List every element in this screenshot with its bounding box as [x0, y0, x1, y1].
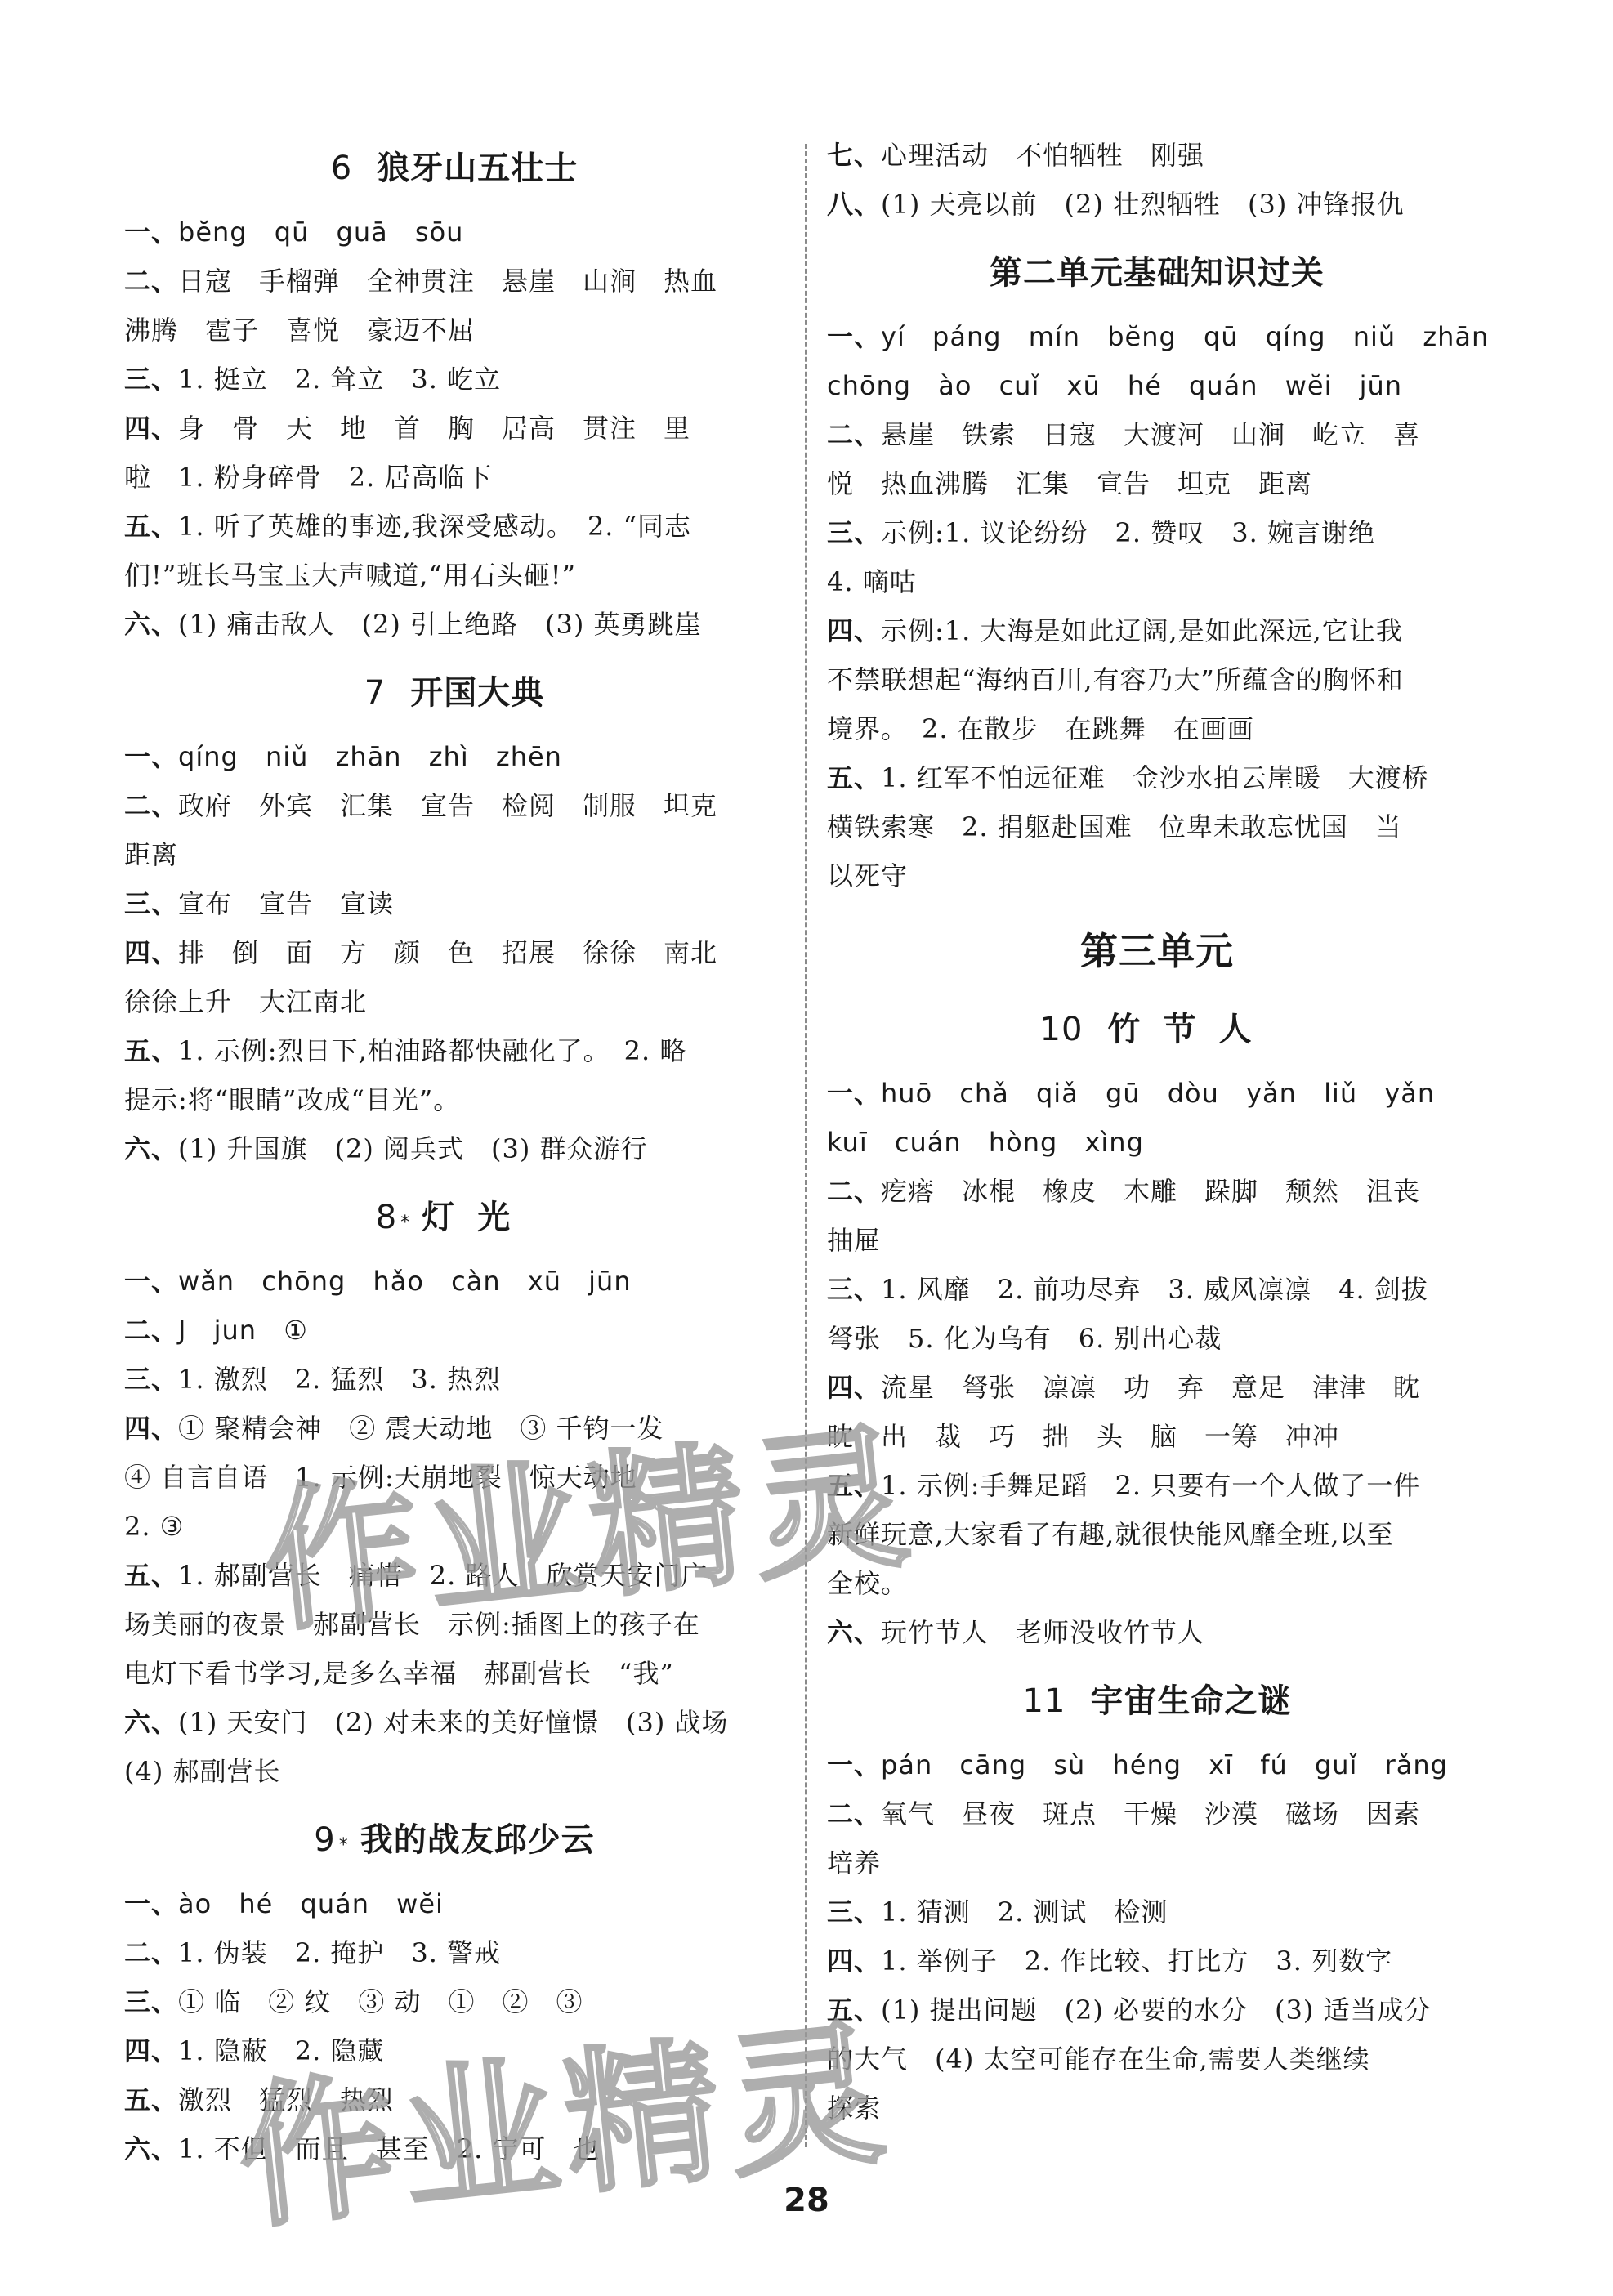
question-number: 二、: [124, 266, 178, 297]
question-number: 二、: [124, 1315, 178, 1346]
answer-lines: 一、ào hé quán wĕi二、1. 伪装 2. 掩护 3. 警戒三、① 临…: [124, 1879, 784, 2173]
answer-line: 培养: [827, 1838, 1487, 1887]
question-number: 六、: [124, 1133, 178, 1164]
answer-text: 徐徐上升 大江南北: [124, 986, 367, 1017]
answer-text: 的大气 (4) 太空可能存在生命,需要人类继续: [827, 2044, 1370, 2075]
question-number: 五、: [827, 1470, 881, 1501]
answer-line: 的大气 (4) 太空可能存在生命,需要人类继续: [827, 2035, 1487, 2084]
answer-line: 五、1. 听了英雄的事迹,我深受感动。 2. “同志: [124, 502, 784, 551]
answer-text: 培养: [827, 1847, 881, 1878]
answer-text: 境界。 2. 在散步 在跳舞 在画画: [827, 713, 1254, 744]
answer-line: 七、心理活动 不怕牺牲 刚强: [827, 131, 1487, 180]
answer-line: 四、流星 弩张 凛凛 功 弃 意足 津津 眈: [827, 1363, 1487, 1412]
answer-line: 三、示例:1. 议论纷纷 2. 赞叹 3. 婉言谢绝: [827, 508, 1487, 557]
answer-line: 啦 1. 粉身碎骨 2. 居高临下: [124, 453, 784, 502]
answer-text: 沸腾 雹子 喜悦 豪迈不屈: [124, 315, 475, 346]
answer-line: 三、1. 激烈 2. 猛烈 3. 热烈: [124, 1355, 784, 1404]
answer-line: 六、(1) 痛击敌人 (2) 引上绝路 (3) 英勇跳崖: [124, 600, 784, 649]
answer-line: 电灯下看书学习,是多么幸福 郝副营长 “我”: [124, 1649, 784, 1698]
column-divider: [805, 144, 807, 2147]
answer-line: 境界。 2. 在散步 在跳舞 在画画: [827, 704, 1487, 753]
question-number: 一、: [827, 1749, 881, 1780]
answer-line: 一、yí páng mín bĕng qū qíng niǔ zhān: [827, 312, 1487, 361]
question-number: 五、: [124, 2084, 178, 2115]
lesson-10-section: 10竹节人 一、huō chǎ qiǎ gū dòu yǎn liǔ yǎnku…: [827, 1000, 1487, 1657]
page-number: 28: [0, 2182, 1613, 2219]
answer-line: 横铁索寒 2. 捐躯赴国难 位卑未敢忘忧国 当: [827, 802, 1487, 851]
answer-line: 三、1. 风靡 2. 前功尽弃 3. 威风凛凛 4. 剑拔: [827, 1265, 1487, 1314]
question-number: 八、: [827, 189, 881, 220]
lesson-7-section: 7开国大典 一、qíng niǔ zhān zhì zhēn二、政府 外宾 汇集…: [124, 663, 784, 1173]
answer-line: 一、huō chǎ qiǎ gū dòu yǎn liǔ yǎn: [827, 1069, 1487, 1118]
answer-text: 1. 举例子 2. 作比较、打比方 3. 列数字: [881, 1945, 1392, 1977]
answer-line: 沸腾 雹子 喜悦 豪迈不屈: [124, 306, 784, 355]
answer-text: pán cāng sù héng xī fú guǐ rǎng: [881, 1749, 1448, 1780]
lesson-number: 6: [331, 150, 352, 187]
question-number: 二、: [124, 790, 178, 821]
answer-line: 们!”班长马宝玉大声喊道,“用石头砸!”: [124, 551, 784, 600]
question-number: 一、: [827, 1078, 881, 1109]
answer-lines: 一、yí páng mín bĕng qū qíng niǔ zhānchōng…: [827, 312, 1487, 900]
answer-text: 身 骨 天 地 首 胸 居高 贯注 里: [178, 413, 690, 444]
question-number: 二、: [827, 419, 881, 450]
answer-line: 二、悬崖 铁索 日寇 大渡河 山涧 屹立 喜: [827, 410, 1487, 459]
answer-text: ào hé quán wĕi: [178, 1888, 444, 1919]
answer-lines: 一、wǎn chōng hǎo càn xū jūn二、J jun ①三、1. …: [124, 1257, 784, 1796]
answer-line: 全校。: [827, 1559, 1487, 1608]
answer-line: 一、pán cāng sù héng xī fú guǐ rǎng: [827, 1740, 1487, 1789]
optional-lesson-star: *: [400, 1194, 410, 1253]
answer-line: 二、疙瘩 冰棍 橡皮 木雕 跺脚 颓然 沮丧: [827, 1167, 1487, 1216]
answer-line: 4. 嘀咕: [827, 557, 1487, 606]
answer-text: 激烈 猛烈 热烈: [178, 2084, 394, 2115]
answer-text: 啦 1. 粉身碎骨 2. 居高临下: [124, 462, 492, 493]
unit-heading: 第三单元: [827, 912, 1487, 990]
question-number: 三、: [124, 364, 178, 395]
answer-text: 场美丽的夜景 郝副营长 示例:插图上的孩子在: [124, 1609, 700, 1640]
answer-text: 1. 示例:手舞足蹈 2. 只要有一个人做了一件: [881, 1470, 1420, 1501]
question-number: 四、: [827, 1945, 881, 1977]
answer-text: 1. 伪装 2. 掩护 3. 警戒: [178, 1937, 501, 1968]
answer-line: 距离: [124, 830, 784, 879]
question-number: 五、: [124, 511, 178, 542]
lesson-8-section: 8*灯光 一、wǎn chōng hǎo càn xū jūn二、J jun ①…: [124, 1188, 784, 1796]
question-number: 三、: [827, 517, 881, 548]
answer-text: 弩张 5. 化为乌有 6. 别出心裁: [827, 1323, 1222, 1354]
question-number: 七、: [827, 140, 881, 171]
question-number: 六、: [124, 609, 178, 640]
answer-line: (4) 郝副营长: [124, 1747, 784, 1796]
answer-text: 1. 红军不怕远征难 金沙水拍云崖暖 大渡桥: [881, 762, 1429, 793]
answer-line: 二、氧气 昼夜 斑点 干燥 沙漠 磁场 因素: [827, 1789, 1487, 1838]
lesson-title: 11宇宙生命之谜: [827, 1672, 1487, 1731]
answer-line: 四、身 骨 天 地 首 胸 居高 贯注 里: [124, 404, 784, 453]
answer-line: 不禁联想起“海纳百川,有容乃大”所蕴含的胸怀和: [827, 655, 1487, 704]
answer-text: 1. 激烈 2. 猛烈 3. 热烈: [178, 1364, 501, 1395]
answer-line: 五、1. 郝副营长 痛惜 2. 路人 欣赏天安门广: [124, 1551, 784, 1600]
answer-text: 4. 嘀咕: [827, 566, 917, 597]
answer-text: (1) 升国旗 (2) 阅兵式 (3) 群众游行: [178, 1133, 648, 1164]
answer-text: (1) 提出问题 (2) 必要的水分 (3) 适当成分: [881, 1994, 1432, 2026]
answer-text: 眈 出 裁 巧 拙 头 脑 一筹 冲冲: [827, 1421, 1339, 1452]
answer-text: (1) 痛击敌人 (2) 引上绝路 (3) 英勇跳崖: [178, 609, 702, 640]
lesson-title: 10竹节人: [827, 1000, 1487, 1059]
answer-key-page: 6狼牙山五壮士 一、bĕng qū guā sōu二、日寇 手榴弹 全神贯注 悬…: [0, 0, 1613, 2296]
question-number: 三、: [124, 888, 178, 919]
answer-line: ④ 自言自语 1. 示例:天崩地裂 惊天动地: [124, 1453, 784, 1502]
section-title: 第二单元基础知识过关: [827, 243, 1487, 302]
answer-text: 疙瘩 冰棍 橡皮 木雕 跺脚 颓然 沮丧: [881, 1176, 1420, 1207]
answer-text: J jun ①: [178, 1315, 308, 1346]
lesson-9-continued: 七、心理活动 不怕牺牲 刚强八、(1) 天亮以前 (2) 壮烈牺牲 (3) 冲锋…: [827, 131, 1487, 229]
answer-lines: 一、bĕng qū guā sōu二、日寇 手榴弹 全神贯注 悬崖 山涧 热血沸…: [124, 208, 784, 649]
answer-line: 六、玩竹节人 老师没收竹节人: [827, 1608, 1487, 1657]
answer-text: 新鲜玩意,大家看了有趣,就很快能风靡全班,以至: [827, 1519, 1394, 1550]
answer-line: 二、J jun ①: [124, 1306, 784, 1355]
question-number: 三、: [124, 1364, 178, 1395]
answer-line: 四、示例:1. 大海是如此辽阔,是如此深远,它让我: [827, 606, 1487, 655]
answer-line: 五、(1) 提出问题 (2) 必要的水分 (3) 适当成分: [827, 1986, 1487, 2035]
answer-line: 四、排 倒 面 方 颜 色 招展 徐徐 南北: [124, 928, 784, 977]
answer-line: 弩张 5. 化为乌有 6. 别出心裁: [827, 1314, 1487, 1363]
answer-text: chōng ào cuǐ xū hé quán wĕi jūn: [827, 370, 1402, 401]
question-number: 六、: [124, 1707, 178, 1738]
question-number: 三、: [124, 1986, 178, 2017]
question-number: 三、: [827, 1896, 881, 1927]
question-number: 一、: [124, 217, 178, 248]
question-number: 四、: [124, 2035, 178, 2066]
lesson-number: 7: [364, 674, 386, 712]
answer-text: 们!”班长马宝玉大声喊道,“用石头砸!”: [124, 560, 576, 591]
answer-text: (1) 天亮以前 (2) 壮烈牺牲 (3) 冲锋报仇: [881, 189, 1405, 220]
answer-line: 二、日寇 手榴弹 全神贯注 悬崖 山涧 热血: [124, 257, 784, 306]
answer-text: 示例:1. 大海是如此辽阔,是如此深远,它让我: [881, 615, 1403, 646]
lesson-9-section: 9*我的战友邱少云 一、ào hé quán wĕi二、1. 伪装 2. 掩护 …: [124, 1811, 784, 2173]
answer-text: 心理活动 不怕牺牲 刚强: [881, 140, 1204, 171]
question-number: 四、: [124, 937, 178, 968]
answer-text: wǎn chōng hǎo càn xū jūn: [178, 1266, 632, 1297]
answer-text: huō chǎ qiǎ gū dòu yǎn liǔ yǎn: [881, 1078, 1435, 1109]
answer-line: 三、1. 挺立 2. 耸立 3. 屹立: [124, 355, 784, 404]
answer-text: 1. 隐蔽 2. 隐藏: [178, 2035, 384, 2066]
answer-text: 氧气 昼夜 斑点 干燥 沙漠 磁场 因素: [881, 1798, 1420, 1829]
answer-text: (4) 郝副营长: [124, 1756, 281, 1787]
answer-line: 一、ào hé quán wĕi: [124, 1879, 784, 1928]
answer-line: 五、1. 示例:烈日下,柏油路都快融化了。 2. 略: [124, 1026, 784, 1075]
answer-text: 电灯下看书学习,是多么幸福 郝副营长 “我”: [124, 1658, 674, 1689]
question-number: 四、: [827, 1372, 881, 1403]
question-number: 五、: [124, 1035, 178, 1066]
answer-line: 眈 出 裁 巧 拙 头 脑 一筹 冲冲: [827, 1412, 1487, 1461]
answer-text: (1) 天安门 (2) 对未来的美好憧憬 (3) 战场: [178, 1707, 729, 1738]
answer-text: 探索: [827, 2093, 881, 2124]
answer-text: 示例:1. 议论纷纷 2. 赞叹 3. 婉言谢绝: [881, 517, 1375, 548]
answer-line: 以死守: [827, 851, 1487, 900]
question-number: 四、: [124, 413, 178, 444]
answer-text: 1. 听了英雄的事迹,我深受感动。 2. “同志: [178, 511, 691, 542]
unit-2-review-section: 第二单元基础知识过关 一、yí páng mín bĕng qū qíng ni…: [827, 243, 1487, 900]
answer-line: 四、1. 举例子 2. 作比较、打比方 3. 列数字: [827, 1936, 1487, 1986]
question-number: 五、: [827, 762, 881, 793]
question-number: 三、: [827, 1274, 881, 1305]
answer-text: 提示:将“眼睛”改成“目光”。: [124, 1084, 460, 1115]
answer-line: 六、(1) 升国旗 (2) 阅兵式 (3) 群众游行: [124, 1124, 784, 1173]
answer-line: 四、1. 隐蔽 2. 隐藏: [124, 2026, 784, 2075]
answer-text: 悦 热血沸腾 汇集 宣告 坦克 距离: [827, 468, 1312, 499]
question-number: 二、: [827, 1798, 881, 1829]
answer-line: kuī cuán hòng xìng: [827, 1118, 1487, 1167]
question-number: 一、: [827, 321, 881, 352]
answer-text: 流星 弩张 凛凛 功 弃 意足 津津 眈: [881, 1372, 1420, 1403]
answer-text: 1. 郝副营长 痛惜 2. 路人 欣赏天安门广: [178, 1560, 708, 1591]
answer-line: 场美丽的夜景 郝副营长 示例:插图上的孩子在: [124, 1600, 784, 1649]
answer-text: 1. 风靡 2. 前功尽弃 3. 威风凛凛 4. 剑拔: [881, 1274, 1428, 1305]
lesson-11-section: 11宇宙生命之谜 一、pán cāng sù héng xī fú guǐ rǎ…: [827, 1672, 1487, 2133]
lesson-number: 9*: [314, 1821, 335, 1859]
lesson-number: 8*: [376, 1199, 397, 1236]
answer-text: 日寇 手榴弹 全神贯注 悬崖 山涧 热血: [178, 266, 717, 297]
answer-text: yí páng mín bĕng qū qíng niǔ zhān: [881, 321, 1489, 352]
answer-text: 悬崖 铁索 日寇 大渡河 山涧 屹立 喜: [881, 419, 1420, 450]
answer-lines: 七、心理活动 不怕牺牲 刚强八、(1) 天亮以前 (2) 壮烈牺牲 (3) 冲锋…: [827, 131, 1487, 229]
answer-line: 八、(1) 天亮以前 (2) 壮烈牺牲 (3) 冲锋报仇: [827, 180, 1487, 229]
answer-text: bĕng qū guā sōu: [178, 217, 463, 248]
lesson-number: 10: [1040, 1011, 1084, 1048]
question-number: 一、: [124, 1888, 178, 1919]
answer-line: 新鲜玩意,大家看了有趣,就很快能风靡全班,以至: [827, 1510, 1487, 1559]
answer-line: 三、宣布 宣告 宣读: [124, 879, 784, 928]
question-number: 六、: [124, 2133, 178, 2164]
answer-text: 横铁索寒 2. 捐躯赴国难 位卑未敢忘忧国 当: [827, 811, 1402, 842]
answer-text: ④ 自言自语 1. 示例:天崩地裂 惊天动地: [124, 1462, 637, 1493]
answer-text: 以死守: [827, 860, 908, 891]
question-number: 一、: [124, 741, 178, 772]
answer-text: 1. 示例:烈日下,柏油路都快融化了。 2. 略: [178, 1035, 686, 1066]
answer-text: 2. ③: [124, 1511, 184, 1542]
optional-lesson-star: *: [339, 1816, 349, 1875]
question-number: 四、: [124, 1413, 178, 1444]
answer-line: 一、bĕng qū guā sōu: [124, 208, 784, 257]
left-column: 6狼牙山五壮士 一、bĕng qū guā sōu二、日寇 手榴弹 全神贯注 悬…: [124, 139, 784, 2173]
answer-text: 1. 不但 而且 甚至 2. 宁可 也: [178, 2133, 600, 2164]
answer-line: 徐徐上升 大江南北: [124, 977, 784, 1026]
answer-text: 距离: [124, 839, 178, 870]
answer-text: 玩竹节人 老师没收竹节人: [881, 1617, 1204, 1648]
answer-line: 一、qíng niǔ zhān zhì zhēn: [124, 732, 784, 781]
answer-text: 抽屉: [827, 1225, 881, 1256]
answer-lines: 一、huō chǎ qiǎ gū dòu yǎn liǔ yǎnkuī cuán…: [827, 1069, 1487, 1657]
answer-lines: 一、pán cāng sù héng xī fú guǐ rǎng二、氧气 昼夜…: [827, 1740, 1487, 2133]
answer-line: 2. ③: [124, 1502, 784, 1551]
answer-line: 三、① 临 ② 纹 ③ 动 ① ② ③: [124, 1977, 784, 2026]
answer-line: 五、激烈 猛烈 热烈: [124, 2075, 784, 2124]
answer-text: 1. 猜测 2. 测试 检测: [881, 1896, 1168, 1927]
answer-line: 提示:将“眼睛”改成“目光”。: [124, 1075, 784, 1124]
answer-line: 二、政府 外宾 汇集 宣告 检阅 制服 坦克: [124, 781, 784, 830]
answer-text: ① 聚精会神 ② 震天动地 ③ 千钧一发: [178, 1413, 664, 1444]
answer-line: 五、1. 红军不怕远征难 金沙水拍云崖暖 大渡桥: [827, 753, 1487, 802]
answer-text: ① 临 ② 纹 ③ 动 ① ② ③: [178, 1986, 583, 2017]
answer-line: 抽屉: [827, 1216, 1487, 1265]
question-number: 一、: [124, 1266, 178, 1297]
answer-text: kuī cuán hòng xìng: [827, 1127, 1144, 1158]
answer-text: 政府 外宾 汇集 宣告 检阅 制服 坦克: [178, 790, 717, 821]
lesson-number: 11: [1023, 1682, 1066, 1720]
lesson-title: 7开国大典: [124, 663, 784, 722]
lesson-6-section: 6狼牙山五壮士 一、bĕng qū guā sōu二、日寇 手榴弹 全神贯注 悬…: [124, 139, 784, 649]
answer-line: chōng ào cuǐ xū hé quán wĕi jūn: [827, 361, 1487, 410]
answer-line: 六、1. 不但 而且 甚至 2. 宁可 也: [124, 2124, 784, 2173]
answer-line: 四、① 聚精会神 ② 震天动地 ③ 千钧一发: [124, 1404, 784, 1453]
question-number: 二、: [827, 1176, 881, 1207]
answer-line: 三、1. 猜测 2. 测试 检测: [827, 1887, 1487, 1936]
answer-line: 二、1. 伪装 2. 掩护 3. 警戒: [124, 1928, 784, 1977]
question-number: 五、: [827, 1994, 881, 2026]
answer-line: 六、(1) 天安门 (2) 对未来的美好憧憬 (3) 战场: [124, 1698, 784, 1747]
answer-text: 1. 挺立 2. 耸立 3. 屹立: [178, 364, 501, 395]
answer-line: 五、1. 示例:手舞足蹈 2. 只要有一个人做了一件: [827, 1461, 1487, 1510]
question-number: 五、: [124, 1560, 178, 1591]
question-number: 四、: [827, 615, 881, 646]
answer-text: 排 倒 面 方 颜 色 招展 徐徐 南北: [178, 937, 717, 968]
answer-line: 探索: [827, 2084, 1487, 2133]
answer-text: 宣布 宣告 宣读: [178, 888, 394, 919]
answer-text: 全校。: [827, 1568, 908, 1599]
answer-lines: 一、qíng niǔ zhān zhì zhēn二、政府 外宾 汇集 宣告 检阅…: [124, 732, 784, 1173]
lesson-title: 9*我的战友邱少云: [124, 1811, 784, 1869]
question-number: 二、: [124, 1937, 178, 1968]
answer-text: 不禁联想起“海纳百川,有容乃大”所蕴含的胸怀和: [827, 664, 1404, 695]
lesson-title: 8*灯光: [124, 1188, 784, 1247]
answer-line: 悦 热血沸腾 汇集 宣告 坦克 距离: [827, 459, 1487, 508]
question-number: 六、: [827, 1617, 881, 1648]
lesson-title: 6狼牙山五壮士: [124, 139, 784, 198]
answer-line: 一、wǎn chōng hǎo càn xū jūn: [124, 1257, 784, 1306]
answer-text: qíng niǔ zhān zhì zhēn: [178, 741, 562, 772]
right-column: 七、心理活动 不怕牺牲 刚强八、(1) 天亮以前 (2) 壮烈牺牲 (3) 冲锋…: [827, 131, 1487, 2133]
